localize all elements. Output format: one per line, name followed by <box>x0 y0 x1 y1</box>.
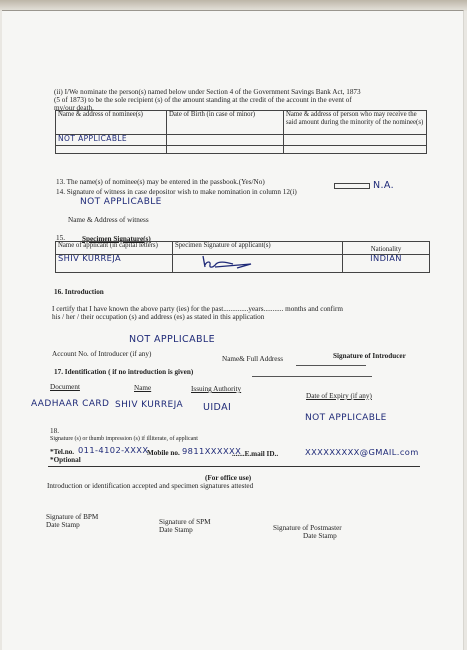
email-label: .......E.mail ID.. <box>232 450 278 459</box>
nominee-header-guardian: Name & address of person who may receive… <box>284 111 427 135</box>
office-divider <box>48 466 420 467</box>
mobile-label: Mobile no. <box>147 449 180 458</box>
identification-name-value: SHIV KURREJA <box>115 400 183 410</box>
introducer-name-label: Name& Full Address <box>222 355 283 364</box>
nominee-guardian-cell[interactable] <box>284 135 427 146</box>
spm-signature-block: Signature of SPM Date Stamp <box>159 518 211 534</box>
nominee-name-cell[interactable]: NOT APPLICABLE <box>56 135 167 146</box>
email-value[interactable]: XXXXXXXXX@GMAIL.com <box>305 447 419 457</box>
item13-value: N.A. <box>373 180 394 191</box>
item18-number: 18. <box>50 427 59 436</box>
item14-label: 14. Signature of witness in case deposit… <box>56 188 297 197</box>
item16-value: NOT APPLICABLE <box>129 334 215 345</box>
office-statement: Introduction or identification accepted … <box>47 482 253 491</box>
item16-title: 16. Introduction <box>54 288 104 297</box>
bpm-signature-block: Signature of BPM Date Stamp <box>46 513 98 529</box>
identification-authority-value: UIDAI <box>203 402 231 413</box>
item14-value: NOT APPLICABLE <box>80 197 162 207</box>
spm-date-label: Date Stamp <box>159 526 211 534</box>
introducer-signature-label: Signature of Introducer <box>333 352 406 361</box>
bpm-signature-label: Signature of BPM <box>46 513 98 521</box>
item18-label: Signature (s) or thumb impression (s) if… <box>50 436 198 442</box>
nominee-dob-cell[interactable] <box>167 135 284 146</box>
applicant-signature-cell[interactable] <box>173 255 343 273</box>
bpm-date-label: Date Stamp <box>46 521 98 529</box>
specimen-header-signature: Specimen Signature of applicant(s) <box>173 242 343 255</box>
optional-note: *Optional <box>50 456 81 465</box>
nominee-dob-cell-2[interactable] <box>167 146 284 154</box>
item16-text-line2: his / her / their occupation (s) and add… <box>52 313 264 322</box>
postmaster-signature-block: Signature of Postmaster Date Stamp <box>273 524 342 540</box>
identification-document-value: AADHAAR CARD <box>31 399 109 409</box>
nominee-name-cell-2[interactable] <box>56 146 167 154</box>
identification-header-name: Name <box>134 384 151 393</box>
nominee-header-name: Name & address of nominee(s) <box>56 111 167 135</box>
identification-expiry-value: NOT APPLICABLE <box>305 413 387 423</box>
nationality-cell[interactable]: INDIAN <box>343 255 430 273</box>
introducer-signature-line[interactable] <box>252 376 372 377</box>
item13-label: 13. The name(s) of nominee(s) may be ent… <box>56 178 265 187</box>
identification-header-expiry: Date of Expiry (if any) <box>306 392 372 401</box>
nominee-header-dob: Date of Birth (in case of minor) <box>167 111 284 135</box>
tel-value[interactable]: 011-4102-XXXX <box>78 445 148 455</box>
nomination-text-line2: (5 of 1873) to be the sole recipient (s)… <box>54 96 352 105</box>
identification-header-document: Document <box>50 383 80 392</box>
nominee-table: Name & address of nominee(s) Date of Bir… <box>55 110 427 154</box>
introducer-account-label: Account No. of Introducer (if any) <box>52 350 151 359</box>
witness-label: Name & Address of witness <box>68 216 149 225</box>
postmaster-signature-label: Signature of Postmaster <box>273 524 342 532</box>
spm-signature-label: Signature of SPM <box>159 518 211 526</box>
introducer-address-line[interactable] <box>296 365 366 366</box>
applicant-name-cell[interactable]: SHIV KURREJA <box>56 255 173 273</box>
signature-scribble-icon <box>193 255 263 269</box>
postmaster-date-label: Date Stamp <box>273 532 342 540</box>
nominee-guardian-cell-2[interactable] <box>284 146 427 154</box>
specimen-signature-table: Name of applicant (in capital letters) S… <box>55 241 430 273</box>
identification-header-authority: Issuing Authority <box>191 385 241 394</box>
item17-title: 17. Identification ( if no introduction … <box>54 368 193 377</box>
passbook-yes-no-box[interactable] <box>334 183 370 189</box>
